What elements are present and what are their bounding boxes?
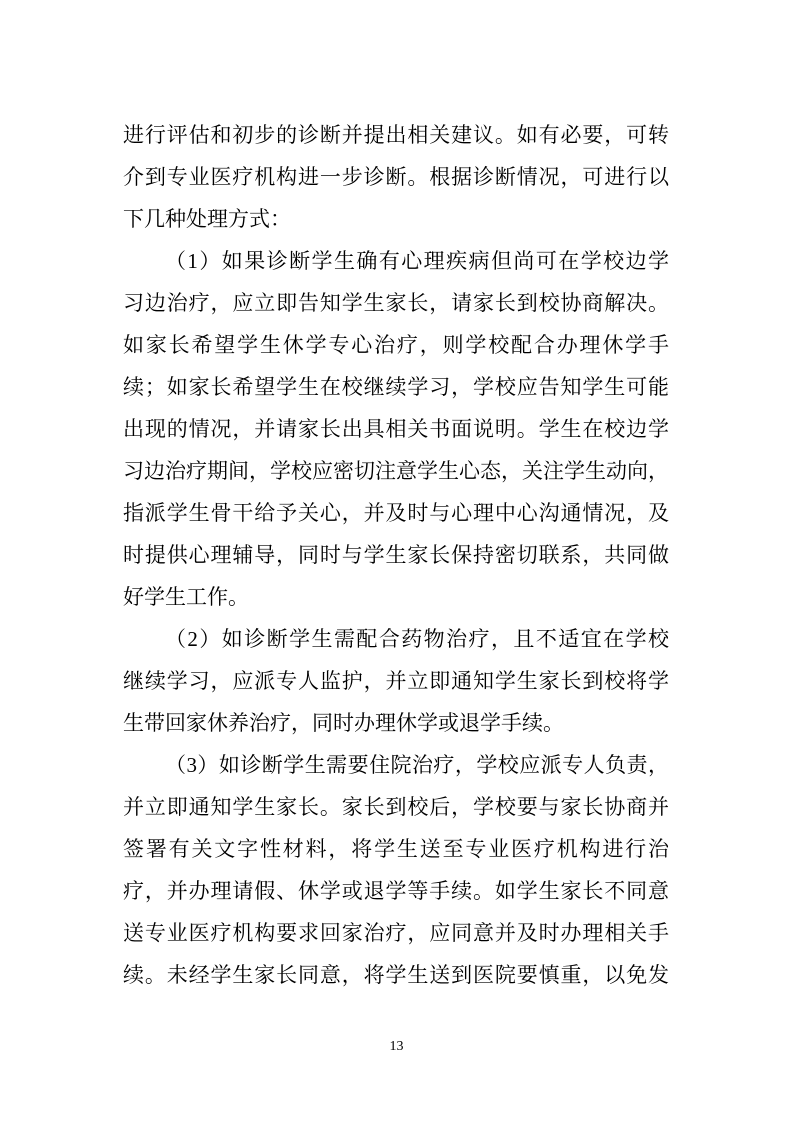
text-line: 送专业医疗机构要求回家治疗，应同意并及时办理相关手 (123, 912, 669, 954)
text-line: 习边治疗期间，学校应密切注意学生心态，关注学生动向， (123, 450, 669, 492)
text-line: 时提供心理辅导，同时与学生家长保持密切联系，共同做 (123, 534, 669, 576)
text-line: 续。未经学生家长同意，将学生送到医院要慎重，以免发 (123, 954, 669, 996)
text-line: 进行评估和初步的诊断并提出相关建议。如有必要，可转 (123, 114, 669, 156)
text-line: （1）如果诊断学生确有心理疾病但尚可在学校边学 (123, 240, 669, 282)
text-line: 指派学生骨干给予关心，并及时与心理中心沟通情况，及 (123, 492, 669, 534)
text-line: 疗，并办理请假、休学或退学等手续。如学生家长不同意 (123, 870, 669, 912)
text-line: 签署有关文字性材料，将学生送至专业医疗机构进行治 (123, 828, 669, 870)
text-line: 介到专业医疗机构进一步诊断。根据诊断情况，可进行以 (123, 156, 669, 198)
text-line: 下几种处理方式： (123, 198, 669, 240)
text-line: 继续学习，应派专人监护，并立即通知学生家长到校将学 (123, 660, 669, 702)
text-line: 续；如家长希望学生在校继续学习，学校应告知学生可能 (123, 366, 669, 408)
text-line: 如家长希望学生休学专心治疗，则学校配合办理休学手 (123, 324, 669, 366)
page-number: 13 (0, 1036, 793, 1058)
text-line: （3）如诊断学生需要住院治疗，学校应派专人负责， (123, 744, 669, 786)
text-line: 好学生工作。 (123, 576, 669, 618)
document-body: 进行评估和初步的诊断并提出相关建议。如有必要，可转介到专业医疗机构进一步诊断。根… (123, 114, 669, 996)
text-line: 习边治疗，应立即告知学生家长，请家长到校协商解决。 (123, 282, 669, 324)
text-line: 并立即通知学生家长。家长到校后，学校要与家长协商并 (123, 786, 669, 828)
document-page: 进行评估和初步的诊断并提出相关建议。如有必要，可转介到专业医疗机构进一步诊断。根… (0, 0, 793, 1122)
text-line: 生带回家休养治疗，同时办理休学或退学手续。 (123, 702, 669, 744)
text-line: （2）如诊断学生需配合药物治疗，且不适宜在学校 (123, 618, 669, 660)
text-line: 出现的情况，并请家长出具相关书面说明。学生在校边学 (123, 408, 669, 450)
